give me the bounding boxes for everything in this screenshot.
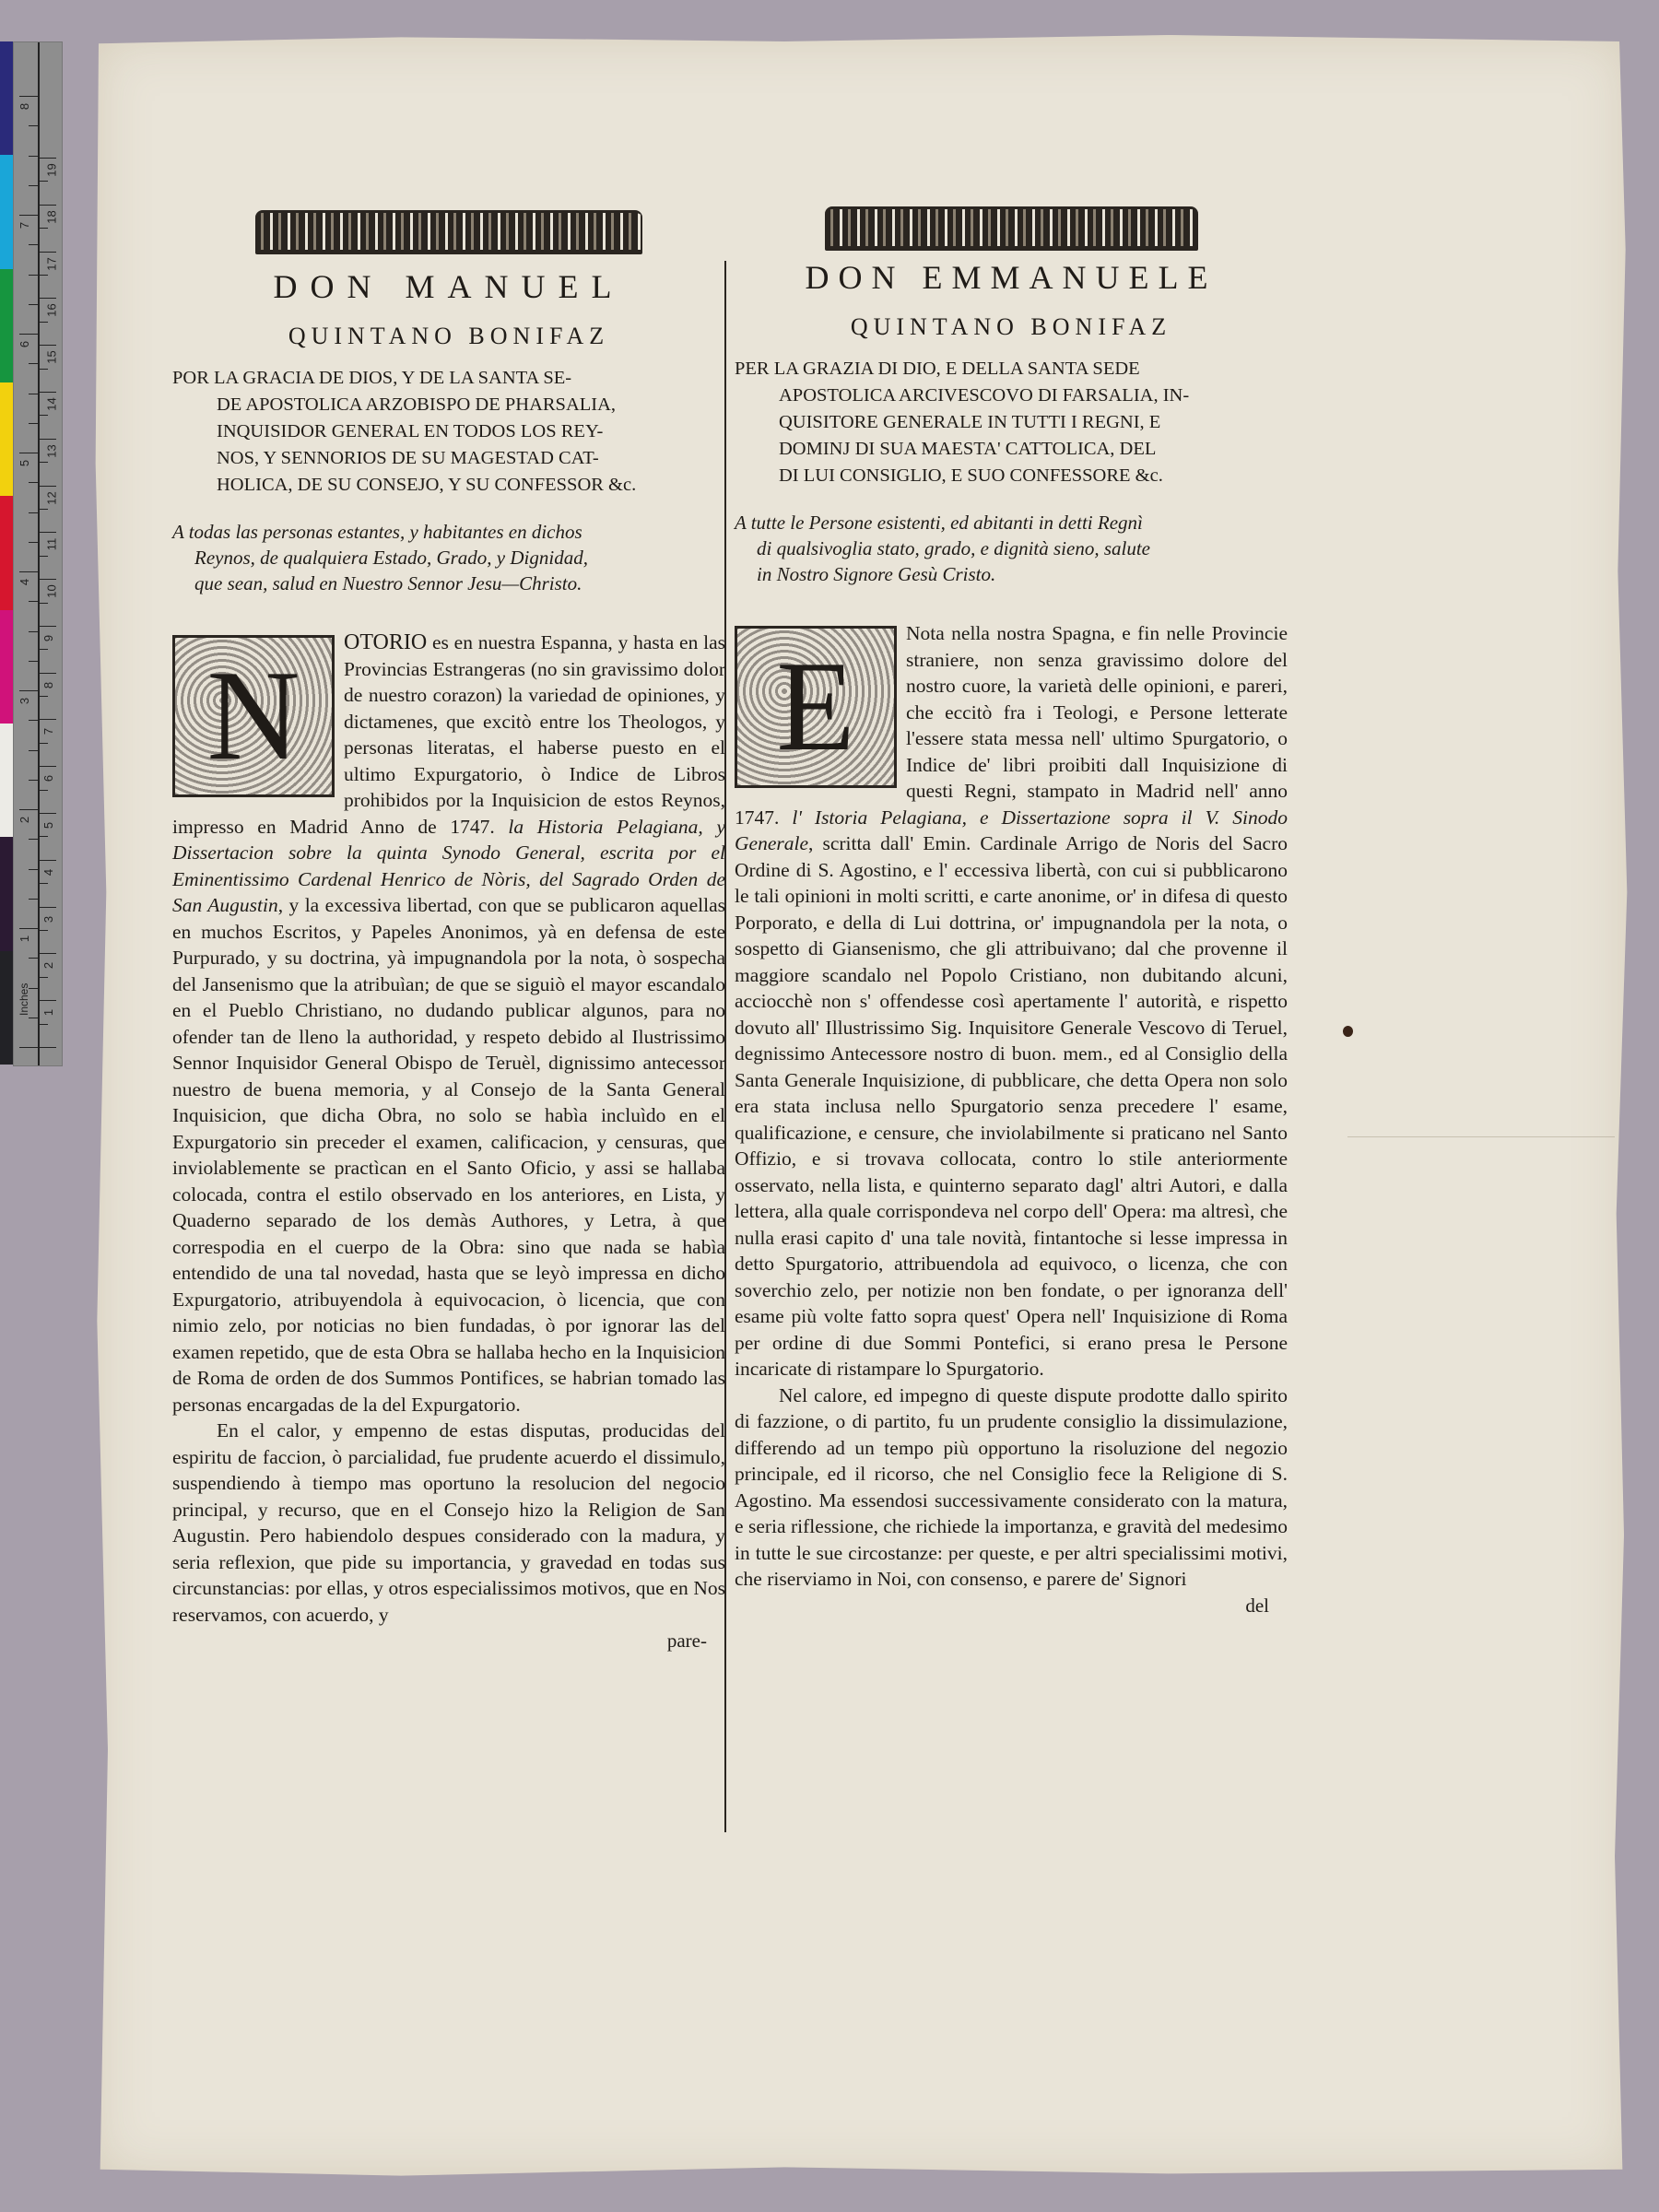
cm-tick (40, 883, 48, 884)
cm-tick (40, 860, 56, 861)
cm-tick (40, 369, 48, 370)
cm-tick (40, 719, 56, 720)
issuer-titles: PER LA GRAZIA DI DIO, E DELLA SANTA SEDE… (735, 356, 1288, 489)
inch-tick (29, 958, 38, 959)
color-patch (0, 155, 13, 268)
inch-tick (19, 1047, 38, 1048)
inch-tick (29, 275, 38, 276)
cm-label: 12 (45, 491, 59, 504)
cm-tick (40, 486, 56, 487)
color-patch (0, 496, 13, 609)
cm-tick (40, 626, 56, 627)
paragraph-2: En el calor, y empenno de estas disputas… (172, 1418, 725, 1628)
inch-tick (19, 690, 38, 691)
cm-tick (40, 766, 56, 767)
italian-column: DON EMMANUELE QUINTANO BONIFAZ PER LA GR… (735, 35, 1288, 1618)
cm-tick (40, 836, 48, 837)
color-patch (0, 41, 13, 155)
cm-tick (40, 930, 48, 931)
inch-tick (29, 185, 38, 186)
cm-label: 4 (41, 869, 55, 876)
color-patch (0, 382, 13, 496)
color-patch (0, 724, 13, 837)
cm-label: 15 (45, 350, 59, 363)
cm-label: 5 (41, 822, 55, 829)
drop-cap-letter: E (737, 629, 894, 785)
inch-tick (29, 601, 38, 602)
cm-tick (40, 228, 48, 229)
inch-tick (29, 720, 38, 721)
inch-tick (29, 631, 38, 632)
inch-tick (29, 661, 38, 662)
salutation: A tutte le Persone esistenti, ed abitant… (735, 510, 1288, 587)
cm-tick (40, 579, 56, 580)
ruler-axis (38, 42, 40, 1065)
cm-tick (40, 907, 56, 908)
salutation: A todas las personas estantes, y habitan… (172, 519, 725, 596)
inch-tick (29, 394, 38, 394)
cm-tick (40, 556, 48, 557)
inch-tick (29, 125, 38, 126)
inch-tick (19, 215, 38, 216)
inch-label: 8 (18, 103, 31, 110)
inch-tick (29, 482, 38, 483)
measurement-ruler: Inches 123456781234567891011121314151617… (13, 41, 63, 1066)
cm-tick (40, 181, 48, 182)
spanish-column: DON MANUEL QUINTANO BONIFAZ POR LA GRACI… (172, 35, 725, 1654)
inch-tick (19, 928, 38, 929)
cm-label: 19 (45, 163, 59, 176)
title-line: HOLICA, DE SU CONSEJO, Y SU CONFESSOR &c… (172, 472, 725, 499)
cm-tick (40, 977, 48, 978)
issuer-name: DON MANUEL (172, 267, 725, 306)
cm-tick (40, 205, 56, 206)
body-text: E Nota nella nostra Spagna, e fin nelle … (735, 620, 1288, 1618)
cm-label: 10 (45, 584, 59, 597)
inch-tick (19, 809, 38, 810)
cm-tick (40, 790, 48, 791)
inch-tick (29, 988, 38, 989)
ornament-headpiece-icon (255, 210, 642, 254)
ornament-headpiece-icon (825, 206, 1198, 251)
salutation-line: que sean, salud en Nuestro Sennor Jesu—C… (172, 571, 725, 596)
color-patch (0, 837, 13, 950)
inch-tick (19, 453, 38, 453)
cm-tick (40, 252, 56, 253)
cm-tick (40, 158, 56, 159)
title-line: DOMINJ DI SUA MAESTA' CATTOLICA, DEL (735, 436, 1288, 463)
cm-label: 16 (45, 304, 59, 317)
cm-tick (40, 743, 48, 744)
cm-label: 8 (41, 682, 55, 688)
salutation-line: A todas las personas estantes, y habitan… (172, 519, 725, 545)
cm-label: 17 (45, 257, 59, 270)
inch-tick (19, 96, 38, 97)
decorated-initial-icon: E (735, 626, 897, 788)
cm-label: 1 (41, 1009, 55, 1016)
cm-tick (40, 298, 56, 299)
cm-tick (40, 649, 48, 650)
inch-label: 7 (18, 222, 31, 229)
cm-tick (40, 509, 48, 510)
inch-label: 3 (18, 698, 31, 704)
cm-label: 3 (41, 916, 55, 923)
cm-label: 13 (45, 444, 59, 457)
drop-cap-letter: N (175, 638, 332, 794)
cm-tick (40, 1024, 48, 1025)
cm-label: 2 (41, 962, 55, 969)
paragraph-2: Nel calore, ed impegno di queste dispute… (735, 1382, 1288, 1593)
inch-tick (29, 750, 38, 751)
title-line: INQUISIDOR GENERAL EN TODOS LOS REY- (172, 418, 725, 445)
cm-label: 9 (41, 635, 55, 641)
issuer-titles: POR LA GRACIA DE DIOS, Y DE LA SANTA SE-… (172, 365, 725, 499)
inch-tick (29, 512, 38, 513)
inch-tick (29, 304, 38, 305)
cm-tick (40, 1047, 56, 1048)
paper-wormhole-mark (1343, 1026, 1353, 1037)
cm-tick (40, 275, 48, 276)
inch-tick (29, 839, 38, 840)
inch-label: 1 (18, 935, 31, 942)
inch-tick (19, 571, 38, 572)
cm-tick (40, 415, 48, 416)
inch-tick (29, 542, 38, 543)
title-line: QUISITORE GENERALE IN TUTTI I REGNI, E (735, 409, 1288, 436)
cm-label: 7 (41, 728, 55, 735)
inch-tick (29, 244, 38, 245)
title-line: DE APOSTOLICA ARZOBISPO DE PHARSALIA, (172, 392, 725, 418)
issuer-surname: QUINTANO BONIFAZ (735, 313, 1288, 341)
cm-tick (40, 1000, 56, 1001)
title-line: DI LUI CONSIGLIO, E SUO CONFESSORE &c. (735, 463, 1288, 489)
color-patch (0, 951, 13, 1065)
salutation-line: A tutte le Persone esistenti, ed abitant… (735, 510, 1288, 535)
cm-label: 11 (44, 538, 58, 551)
color-calibration-strip (0, 41, 13, 1065)
cm-tick (40, 673, 56, 674)
cm-tick (40, 345, 56, 346)
document-sheet: DON MANUEL QUINTANO BONIFAZ POR LA GRACI… (94, 35, 1629, 2178)
title-line: APOSTOLICA ARCIVESCOVO DI FARSALIA, IN- (735, 382, 1288, 409)
inch-tick (29, 363, 38, 364)
paragraph-text: , scritta dall' Emin. Cardinale Arrigo d… (735, 832, 1288, 1380)
inch-tick (29, 1018, 38, 1018)
issuer-name: DON EMMANUELE (735, 258, 1288, 297)
catchword: del (735, 1593, 1288, 1619)
inch-tick (29, 780, 38, 781)
opening-word: OTORIO (344, 630, 427, 654)
paper-fold-line (1347, 1136, 1615, 1137)
cm-label: 14 (45, 397, 59, 410)
inch-label: 4 (18, 579, 31, 585)
cm-label: 18 (45, 210, 59, 223)
cm-tick (40, 953, 56, 954)
inch-tick (29, 869, 38, 870)
cm-tick (40, 532, 56, 533)
cm-tick (40, 439, 56, 440)
cm-tick (40, 696, 48, 697)
cm-tick (40, 462, 48, 463)
title-line: POR LA GRACIA DE DIOS, Y DE LA SANTA SE- (172, 365, 725, 392)
cm-tick (40, 392, 56, 393)
inch-label: 6 (18, 341, 31, 347)
cm-tick (40, 603, 48, 604)
inch-tick (19, 334, 38, 335)
cm-tick (40, 322, 48, 323)
paragraph-text: , y la excessiva libertad, con que se pu… (172, 894, 725, 1416)
inch-tick (29, 423, 38, 424)
inch-tick (29, 156, 38, 157)
salutation-line: di qualsivoglia stato, grado, e dignità … (735, 535, 1288, 561)
inch-tick (29, 899, 38, 900)
catchword: pare- (172, 1628, 725, 1654)
color-patch (0, 269, 13, 382)
salutation-line: in Nostro Signore Gesù Cristo. (735, 561, 1288, 587)
inch-label: 2 (18, 817, 31, 823)
issuer-surname: QUINTANO BONIFAZ (172, 323, 725, 350)
inch-label: 5 (18, 460, 31, 466)
cm-tick (40, 813, 56, 814)
body-text: N OTORIO es en nuestra Espanna, y hasta … (172, 629, 725, 1654)
title-line: PER LA GRAZIA DI DIO, E DELLA SANTA SEDE (735, 356, 1288, 382)
decorated-initial-icon: N (172, 635, 335, 797)
color-patch (0, 610, 13, 724)
title-line: NOS, Y SENNORIOS DE SU MAGESTAD CAT- (172, 445, 725, 472)
cm-label: 6 (41, 775, 55, 782)
salutation-line: Reynos, de qualquiera Estado, Grado, y D… (172, 545, 725, 571)
